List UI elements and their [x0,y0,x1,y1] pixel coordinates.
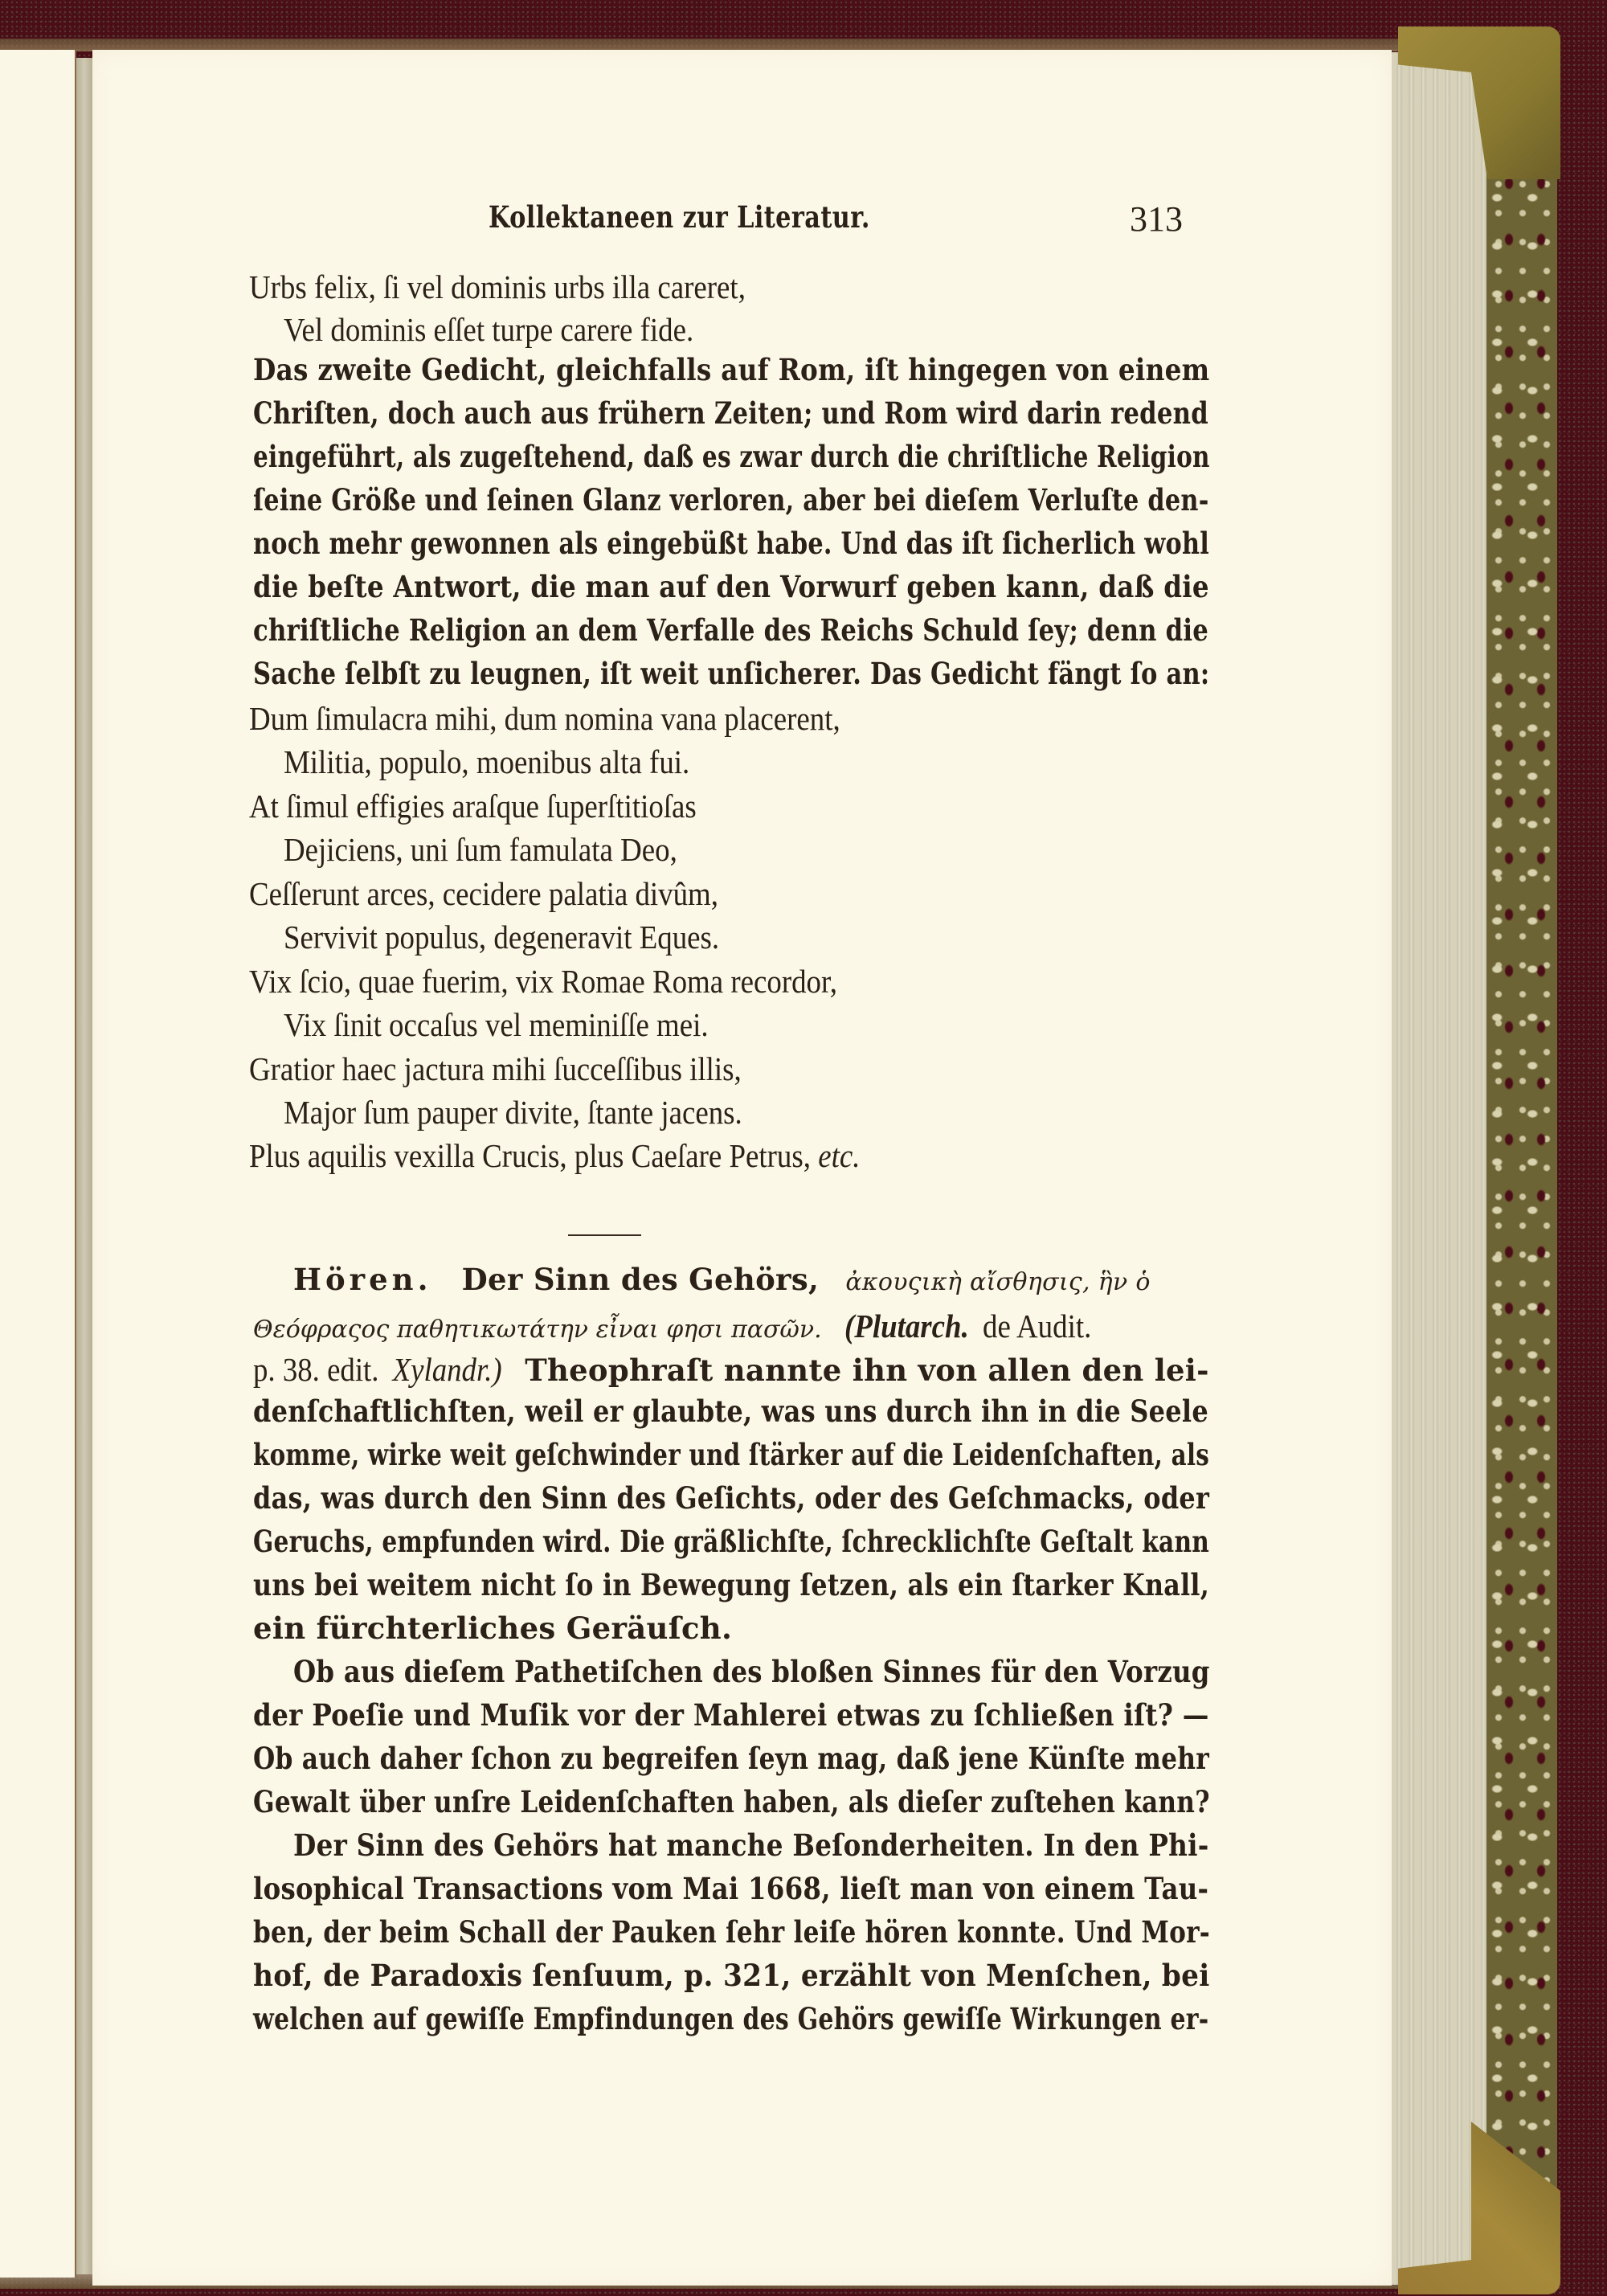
verse-line: Militia, populo, moenibus alta fui. [284,746,689,779]
prose-line: chriſtliche Religion an dem Verfalle des… [253,616,1208,645]
section-line: p. 38. edit. Xylandr.) Theophraſt nannte… [253,1353,1209,1386]
verse-line: Major ſum pauper divite, ſtante jacens. [284,1096,742,1129]
verse-line: Ceſſerunt arces, cecidere palatia divûm, [249,878,718,911]
prose-line: losophical Transactions vom Mai 1668, li… [253,1874,1208,1904]
verse-line: Dejiciens, uni ſum famulata Deo, [284,833,677,866]
prose-line: Ob aus dieſem Pathetiſchen des bloßen Si… [293,1657,1210,1687]
section-line: Θεόφραςος παθητικωτάτην εἶναι φησι πασῶν… [253,1310,1103,1343]
prose-line: Ob auch daher ſchon zu begreifen ſeyn ma… [253,1744,1209,1774]
prose-line: Geruchs, empfunden wird. Die gräßlichſte… [253,1527,1209,1557]
text-run: Theophraſt nannte ihn von allen den lei- [514,1353,1209,1388]
verse-line: Vix ſinit occaſus vel meminiſſe mei. [284,1009,709,1042]
section-line: Hören. Der Sinn des Gehörs, ἀκουςικὴ αἴσ… [293,1265,1151,1295]
marbled-endpaper [1486,48,1557,2290]
text-run: Der Sinn des Gehörs, [462,1262,820,1297]
verse-line: Gratior haec jactura mihi ſucceſſibus il… [249,1053,742,1086]
prose-line: welchen auf gewiſſe Empfindungen des Geh… [253,2004,1208,2034]
verse-line: At ſimul effigies araſque ſuperſtitioſas [249,790,697,823]
book-page: Kollektaneen zur Literatur. 313 Urbs fel… [92,50,1392,2286]
verse-line: Dum ſimulacra mihi, dum nomina vana plac… [249,702,840,735]
gutter [76,58,92,2274]
prose-line: hof, de Paradoxis ſenſuum, p. 321, erzäh… [253,1961,1210,1991]
section-divider-rule [568,1234,641,1236]
verse-line: Servivit populus, degeneravit Eques. [284,921,719,954]
verse-line: Vel dominis eſſet turpe carere fide. [284,313,693,346]
greek-quote: ἀκουςικὴ αἴσθησις, ἣν ὁ [845,1268,1150,1296]
running-head: Kollektaneen zur Literatur. [489,199,870,235]
citation-text: de Audit. [983,1310,1091,1343]
prose-line: ſeine Größe und ſeinen Glanz verloren, a… [253,485,1209,515]
prose-line: der Poeſie und Muſik vor der Mahlerei et… [253,1701,1209,1730]
prose-line: eingeführt, als zugeſtehend, daß es zwar… [253,442,1210,472]
citation-xylandr: Xylandr.) [393,1353,502,1386]
verse-line: Urbs felix, ſi vel dominis urbs illa car… [249,271,746,304]
prose-line: das, was durch den Sinn des Geſichts, od… [253,1484,1209,1513]
section-heading-hoeren: Hören. [293,1262,431,1297]
prose-line: denſchaftlichſten, weil er glaubte, was … [253,1397,1208,1426]
citation-plutarch: (Plutarch. [844,1310,969,1343]
left-page-edge [0,50,76,2278]
prose-line: ein fürchterliches Geräuſch. [253,1614,732,1643]
page-block-fore-edge [1392,52,1486,2285]
page-number: 313 [1130,198,1183,239]
greek-quote: Θεόφραςος παθητικωτάτην εἶναι φησι πασῶν… [253,1316,822,1344]
prose-line: Chriſten, doch auch aus frühern Zeiten; … [253,399,1208,428]
prose-line: ben, der beim Schall der Pauken ſehr lei… [253,1917,1210,1947]
prose-line: uns bei weitem nicht ſo in Bewegung ſetz… [253,1570,1209,1600]
prose-line: Gewalt über unſre Leidenſchaften haben, … [253,1787,1210,1817]
verse-line: Vix ſcio, quae fuerim, vix Romae Roma re… [249,965,837,998]
prose-line: Der Sinn des Gehörs hat manche Beſonderh… [293,1831,1209,1860]
prose-line: noch mehr gewonnen als eingebüßt habe. U… [253,529,1209,559]
prose-line: Sache ſelbſt zu leugnen, iſt weit unſich… [253,659,1209,689]
prose-line: komme, wirke weit geſchwinder und ſtärke… [253,1440,1209,1470]
verse-text: Plus aquilis vexilla Crucis, plus Caeſar… [249,1137,818,1174]
verse-line: Plus aquilis vexilla Crucis, plus Caeſar… [249,1140,860,1173]
text-block: Kollektaneen zur Literatur. 313 Urbs fel… [92,50,1392,2286]
citation-text: p. 38. edit. [253,1353,378,1386]
etc-abbrev: etc. [818,1137,860,1174]
prose-line: Das zweite Gedicht, gleichfalls auf Rom,… [253,355,1209,385]
prose-line: die beſte Antwort, die man auf den Vorwu… [253,572,1209,602]
